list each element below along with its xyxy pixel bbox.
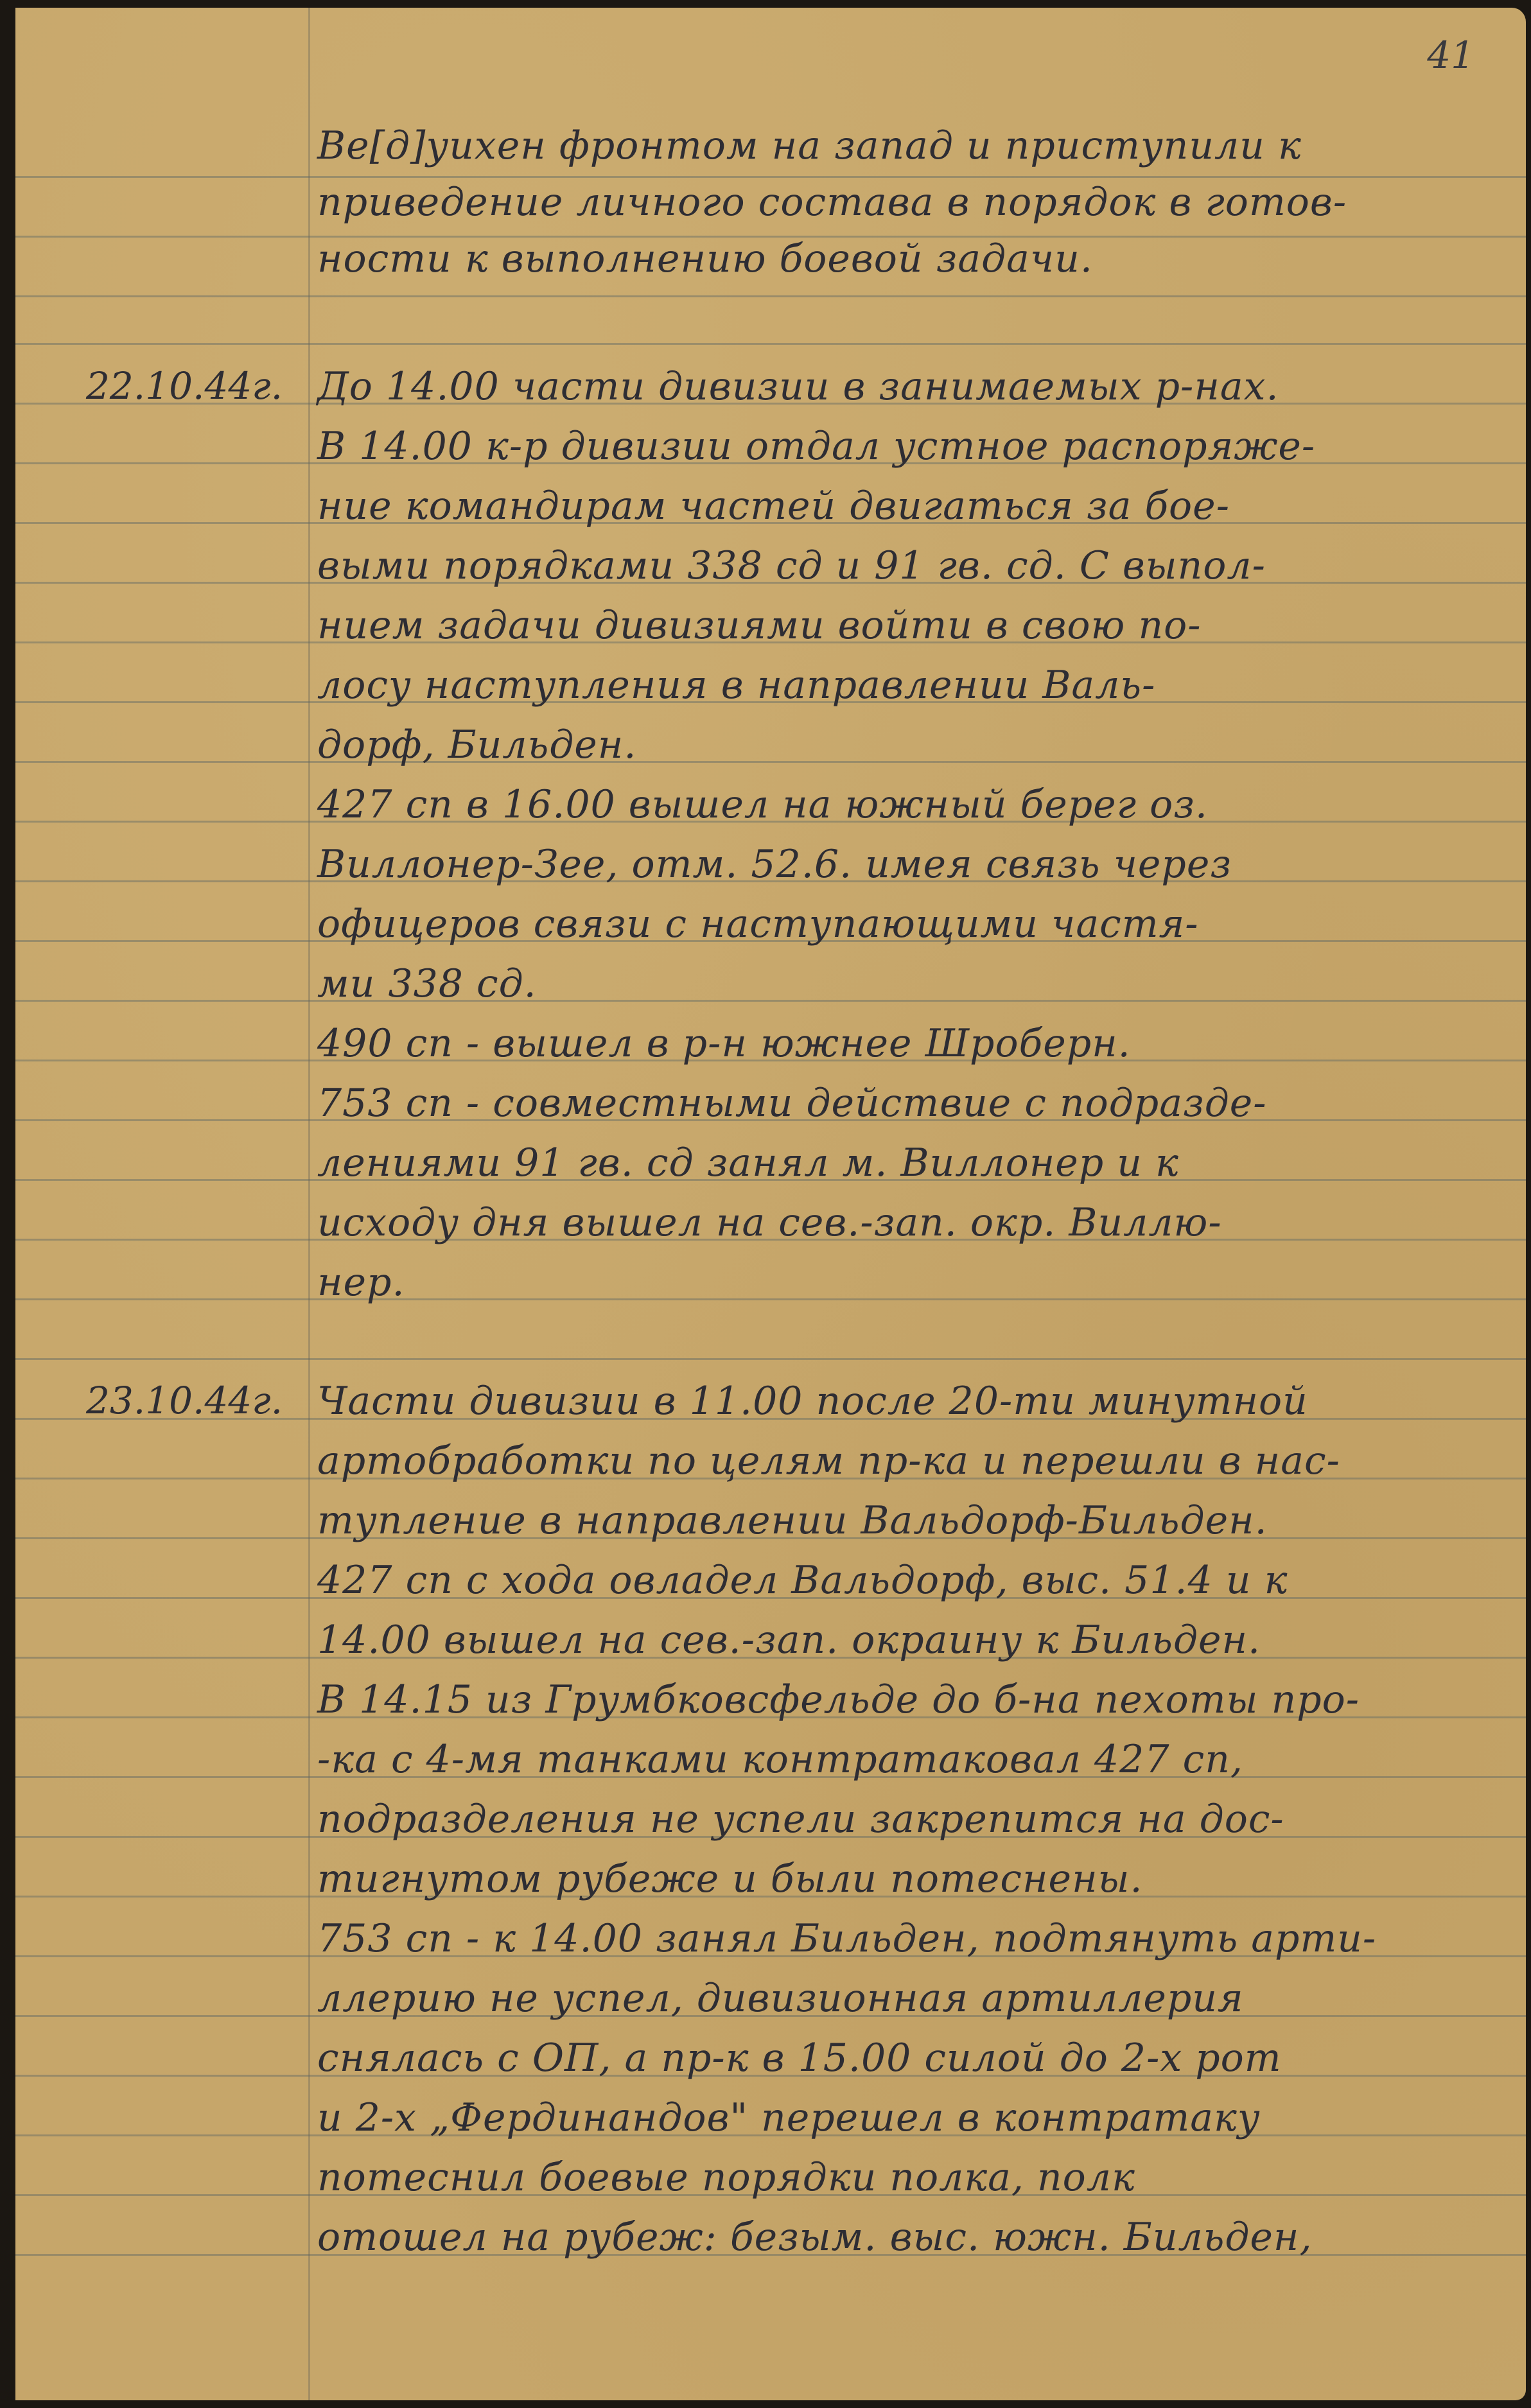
text-line: 753 сп - к 14.00 занял Бильден, подтянут… (317, 1916, 1376, 1961)
text-line: лосу наступления в направлении Валь- (317, 663, 1155, 708)
text-line: исходу дня вышел на сев.-зап. окр. Виллю… (317, 1200, 1222, 1245)
text-line: нием задачи дивизиями войти в свою по- (317, 603, 1202, 648)
text-line: потеснил боевые порядки полка, полк (317, 2155, 1135, 2200)
document-page: 41 Ве[д]уихен фронтом на запад и приступ… (15, 8, 1526, 2400)
text-line: артобработки по целям пр-ка и перешли в … (317, 1438, 1340, 1483)
text-line: ллерию не успел, дивизионная артиллерия (317, 1976, 1244, 2021)
text-line: В 14.00 к-р дивизии отдал устное распоря… (317, 424, 1315, 469)
text-line: Части дивизии в 11.00 после 20-ти минутн… (317, 1379, 1308, 1424)
text-line: приведение личного состава в порядок в г… (317, 180, 1347, 225)
text-line: тигнутом рубеже и были потеснены. (317, 1856, 1143, 1901)
text-line: нер. (317, 1260, 405, 1305)
text-line: Ве[д]уихен фронтом на запад и приступили… (317, 123, 1302, 168)
text-line: 753 сп - совместными действие с подразде… (317, 1081, 1267, 1126)
text-line: 427 сп с хода овладел Вальдорф, выс. 51.… (317, 1558, 1288, 1603)
ruled-line (15, 761, 1526, 763)
text-line: тупление в направлении Вальдорф-Бильден. (317, 1498, 1268, 1543)
ruled-line (15, 1358, 1526, 1360)
text-line: До 14.00 части дивизии в занимаемых р-на… (317, 364, 1279, 409)
text-line: подразделения не успели закрепится на до… (317, 1797, 1284, 1842)
text-line: 14.00 вышел на сев.-зап. окраину к Бильд… (317, 1618, 1261, 1662)
entry-date: 23.10.44г. (86, 1379, 283, 1422)
text-line: 490 сп - вышел в р-н южнее Шроберн. (317, 1021, 1131, 1066)
text-line: и 2-х „Фердинандов" перешел в контратаку (317, 2095, 1261, 2140)
text-line: дорф, Бильден. (317, 722, 636, 767)
ruled-line (15, 295, 1526, 297)
text-line: лениями 91 гв. сд занял м. Виллонер и к (317, 1140, 1179, 1185)
text-line: офицеров связи с наступающими частя- (317, 902, 1199, 947)
text-line: выми порядками 338 сд и 91 гв. сд. С вып… (317, 543, 1266, 588)
entry-date: 22.10.44г. (86, 364, 283, 408)
text-line: снялась с ОП, а пр-к в 15.00 силой до 2-… (317, 2036, 1282, 2081)
date-column-margin-line (308, 8, 310, 2400)
text-line: ности к выполнению боевой задачи. (317, 236, 1093, 281)
text-line: Виллонер-Зее, отм. 52.6. имея связь чере… (317, 842, 1232, 887)
text-line: -ка с 4-мя танками контратаковал 427 сп, (317, 1737, 1243, 1782)
ruled-line (15, 1298, 1526, 1300)
ruled-line (15, 176, 1526, 178)
text-line: отошел на рубеж: безым. выс. южн. Бильде… (317, 2215, 1313, 2260)
ruled-line (15, 343, 1526, 345)
page-number: 41 (1427, 33, 1474, 77)
text-line: ми 338 сд. (317, 961, 537, 1006)
text-line: В 14.15 из Грумбковсфельде до б-на пехот… (317, 1677, 1360, 1722)
text-line: 427 сп в 16.00 вышел на южный берег оз. (317, 782, 1208, 827)
ruled-line (15, 1000, 1526, 1002)
text-line: ние командирам частей двигаться за бое- (317, 484, 1230, 528)
